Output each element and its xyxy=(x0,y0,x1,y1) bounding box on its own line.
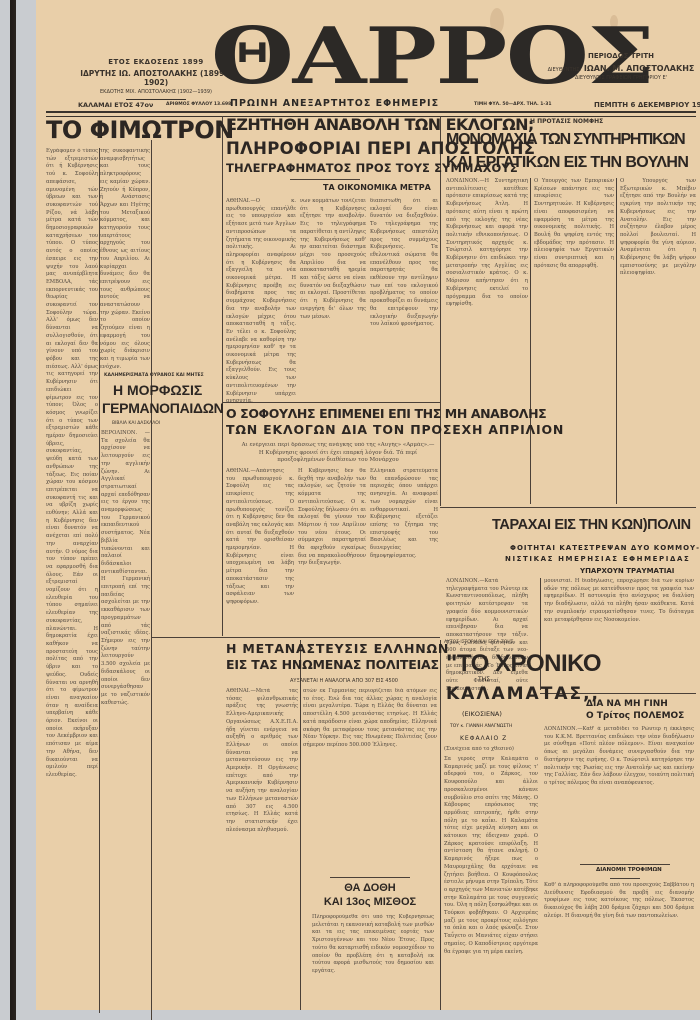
column-rule xyxy=(151,140,152,1020)
continuation-note: (Συνέχεια από το χθεσινό) xyxy=(444,746,536,754)
subhead-anavoli: ΤΑ ΟΙΚΟΝΟΜΙΚΑ ΜΕΤΡΑ xyxy=(323,184,431,192)
headline-misthos-2: ΚΑΙ 13ος ΜΙΣΘΟΣ xyxy=(303,897,437,908)
headline-morfosis-1: Η ΜΟΡΦΩΣΙΣ xyxy=(113,383,202,397)
torn-edge xyxy=(0,0,48,1020)
headline-metanastefsis-2: ΕΙΣ ΤΑΣ ΗΝΩΜΕΝΑΣ ΠΟΛΙΤΕΙΑΣ xyxy=(226,659,439,672)
headline-sofoulis-2: ΤΩΝ ΕΚΛΟΓΩΝ ΔΙΑ ΤΟΝ ΠΡΟΣΕΧΗ ΑΠΡΙΛΙΟΝ xyxy=(226,424,564,437)
issue-number: ΑΡΙΘΜΟΣ ΦΥΛΛΟΥ 13.698 xyxy=(166,102,231,107)
headline-xroniko-3: ΚΑΛΑΜΑΤΑΣ,, xyxy=(446,686,600,703)
series-label: (ΕΙΚΟΣΙΕΝΑ) xyxy=(462,711,502,718)
article-body-polemos: ΛΟΝΔΙΝΟΝ.—Καθ' ά μεταδίδει το Ρώυτερ η έ… xyxy=(544,726,694,862)
subhead-metanastefsis: ΑΥΞΑΝΕΤΑΙ Η ΑΝΑΛΟΓΙΑ ΑΠΟ 307 ΕΙΣ 4500 xyxy=(290,678,398,684)
article-body-dianomi: Καθ' ά πληροφορούμεθα από του προσεχούς … xyxy=(544,882,694,1006)
column-rule xyxy=(222,116,223,636)
deck-taraxai-2: ΝΙΣΤΙΚΑΣ ΗΜΕΡΗΣΙΑΣ ΕΦΗΜΕΡΙΔΑΣ xyxy=(505,556,690,563)
city-year: ΚΑΛΑΜΑΙ ΕΤΟΣ 47ον xyxy=(78,101,153,109)
column-rule xyxy=(616,178,617,504)
article-body-misthos: Πληροφορούμεθα ότι υπό της Κυβερνήσεως μ… xyxy=(312,914,434,1000)
offices: ΔΙΕΥΘΥΝΣΙΣ ΓΡΑΦΕΙΩΝ ΓΡΗΓΟΡΙΟΥ Ε' xyxy=(531,75,700,81)
section-rule xyxy=(152,637,440,638)
headline-dianomi: ΔΙΑΝΟΜΗ ΤΡΟΦΙΜΩΝ xyxy=(596,868,662,874)
headline-taraxai: ΤΑΡΑΧΑΙ ΕΙΣ ΤΗΝ ΚΩΝ)ΠΟΛΙΝ xyxy=(492,518,691,533)
article-body-xroniko: Σα γεροές στην Καλαμάτα ο Καμαρινός μαζί… xyxy=(444,756,538,1010)
headline-misthos-1: ΘΑ ΔΟΘΗ xyxy=(303,883,437,894)
author: ΤΟΥ κ. ΓΙΑΝΝΗ ΑΝΑΓΝΩΣΤΗ xyxy=(450,725,512,730)
article-body-monomachia-col1: ΛΟΝΔΙΝΟΝ.—Η Συντηρητική αντιπολίτευσις κ… xyxy=(446,178,528,504)
publication-date: ΠΕΜΠΤΗ 6 ΔΕΚΕΜΒΡΙΟΥ 1945 xyxy=(594,101,700,109)
section-rule xyxy=(440,507,696,508)
article-body-anavoli-col3: διαπιστωθή ότι αι εκλογαί δεν είναι δυνα… xyxy=(370,198,438,402)
box-kicker: ΚΑΛΗΜΕΡΙΣΜΑΤΑ ΟΥΡΑΝΟΣ ΚΑΙ ΜΗΤΕΣ xyxy=(104,373,204,378)
article-body-metanastefsis-col1: ΑΘΗΝΑΙ.—Μετά τας τόσας φιλανθρωπικάς πρά… xyxy=(226,688,298,1014)
masthead: ΕΤΟΣ ΕΚΔΟΣΕΩΣ 1899 ΙΔΡΥΤΗΣ ΙΩ. ΑΠΟΣΤΟΛΑΚ… xyxy=(36,0,700,110)
kicker-xroniko: ΑΥΤΟΣ ΙΣΤΟΡΙΑ ΚΑΙ ΕΡΓΑ ΖΩΗΣ xyxy=(444,640,514,645)
section-rule xyxy=(222,402,440,403)
period: ΠΕΡΙΟΔΟΣ ΤΡΙΤΗ xyxy=(531,52,700,60)
article-body-sofoulis-col2: Η Κυβέρνησις δεν θα δεχθή την αναβολήν τ… xyxy=(298,468,366,634)
headline-xroniko-2: ΤΗΣ xyxy=(478,677,490,683)
headline-fimotron: ΤΟ ΦΙΜΩΤΡΟΝ xyxy=(46,118,234,142)
headline-sofoulis-1: Ο ΣΟΦΟΥΛΗΣ ΕΠΙΜΕΝΕΙ ΕΠΙ ΤΗΣ ΜΗ ΑΝΑΒΟΛΗΣ xyxy=(226,408,546,421)
headline-metanastefsis-1: Η ΜΕΤΑΝΑΣΤΕΥΣΙΣ ΕΛΛΗΝΩΝ xyxy=(226,643,449,656)
deck-taraxai-1: ΦΟΙΤΗΤΑΙ ΚΑΤΕΣΤΡΕΨΑΝ ΔΥΟ ΚΟΜΜΟΥ- xyxy=(510,545,700,552)
column-rule xyxy=(530,178,531,504)
price: ΤΙΜΗ ΦΥΛ. 50—ΔΡΧ. ΤΗΛ. 1-31 xyxy=(474,102,552,107)
article-body-sofoulis-col1: ΑΘΗΝΑΙ.—Απάντησις του πρωθυπουργού κ. Σο… xyxy=(226,468,294,634)
article-body-monomachia-col3: Ο Υπουργός των Εξωτερικών κ. Μπέβιν εζήτ… xyxy=(620,178,696,504)
article-body-monomachia-col2: Ο Υπουργός των Εμπορικών Κρίσεων απάντησ… xyxy=(534,178,614,504)
newspaper-subtitle: ΠΡΩΙΝΗ ΑΝΕΞΑΡΤΗΤΟΣ ΕΦΗΜΕΡΙΣ xyxy=(230,98,439,109)
divider xyxy=(290,179,360,180)
subhead-taraxai: ΥΠΑΡΧΟΥΝ ΤΡΑΥΜΑΤΙΑΙ xyxy=(580,568,674,575)
director: ΔΙΕΥΘΥΝΤΗΣ: ΙΩΑΝ. Μ. ΑΠΟΣΤΟΛΑΚΗΣ xyxy=(531,64,700,73)
headline-polemos-2: Ο Τρίτος ΠΟΛΕΜΟΣ xyxy=(586,712,684,721)
article-body-anavoli-col1: ΑΘΗΝΑΙ.—Ο κ. πρωθυπουργός επανήλθε εις τ… xyxy=(226,198,296,402)
headline-monomachia-1: ΜΟΝΟΜΑΧΙΑ ΤΩΝ ΣΥΝΤΗΡΗΤΙΚΩΝ xyxy=(446,132,684,148)
divider xyxy=(610,878,640,879)
deck-sofoulis: Αι ενέργειαι περί δράσεως της ανάγκης υπ… xyxy=(240,442,436,466)
kicker-monomachia: Η ΠΡΟΤΑΣΙΣ ΝΟΜΦΗΣ xyxy=(530,118,603,125)
column-rule xyxy=(300,640,301,1010)
chapter: ΚΕΦΑΛΑΙΟ Ζ xyxy=(460,736,507,742)
divider xyxy=(580,864,670,865)
divider xyxy=(330,877,410,878)
article-body-sofoulis-col3: Ελληνικά στρατεύματα θα επανδρώσουν τας … xyxy=(370,468,438,634)
article-body-fimotron-col2: της συκοφαντικής αναμφισβητήτως και τους… xyxy=(100,148,150,372)
divider xyxy=(126,99,186,100)
headline-morfosis-2: ΓΕΡΜΑΝΟΠΑΙΔΩΝ xyxy=(102,401,223,415)
masthead-right-info: ΠΕΡΙΟΔΟΣ ΤΡΙΤΗ ΔΙΕΥΘΥΝΤΗΣ: ΙΩΑΝ. Μ. ΑΠΟΣ… xyxy=(531,52,700,81)
kicker-morfosis: ΒΙΒΛΙΑ ΚΑΙ ΔΑΣΚΑΛΟΙ xyxy=(112,421,160,426)
column-rule xyxy=(440,640,441,1010)
article-body-anavoli-col2: νων κομμάτων τονίζεται ότι η Κυβέρνησις … xyxy=(300,198,366,402)
headline-xroniko-1: "ΤΟ ΧΡΟΝΙΚΟ xyxy=(446,652,601,676)
headline-polemos-1: ΔΙΑ ΝΑ ΜΗ ΓΙΝΗ xyxy=(586,700,668,709)
article-body-metanastefsis-col2: ατών εκ Γερμανίας περιορίζεται διά ατόμω… xyxy=(303,688,437,838)
column-rule xyxy=(99,148,100,1013)
article-body-fimotron-col1: Εγράφομεν ό τύπος τών εξτρεμιστών ότι ή … xyxy=(46,148,98,1014)
article-body-morfosis: ΒΕΡΟΛΙΝΟΝ. — Τα σχολεία θα αρχίσουν να λ… xyxy=(101,430,150,1010)
headline-monomachia-2: ΚΑΙ ΕΡΓΑΤΙΚΩΝ ΕΙΣ ΤΗΝ ΒΟΥΛΗΝ xyxy=(446,155,688,171)
